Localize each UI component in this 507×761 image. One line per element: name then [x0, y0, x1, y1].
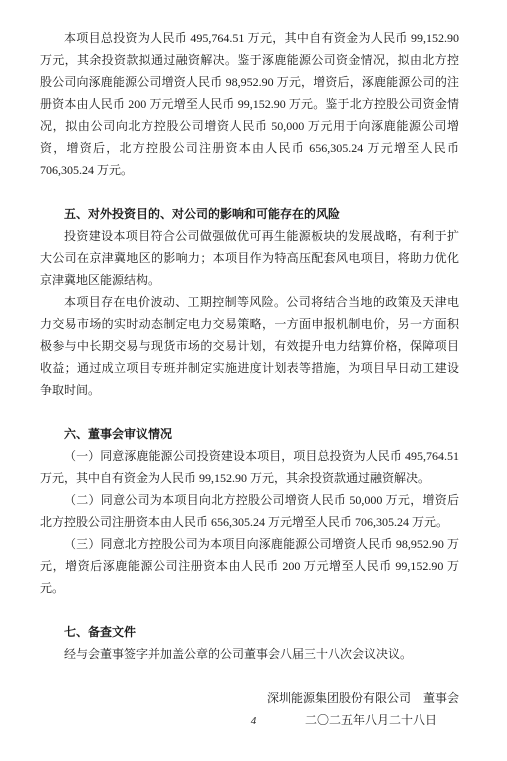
document-page: 本项目总投资为人民币 495,764.51 万元，其中自有资金为人民币 99,1…	[0, 0, 507, 761]
signature-company-name: 深圳能源集团股份有限公司 董事会	[40, 687, 459, 709]
paragraph-investment-purpose: 投资建设本项目符合公司做强做优可再生能源板块的发展战略，有利于扩大公司在京津冀地…	[40, 225, 459, 291]
board-resolution-item-3: （三）同意北方控股公司为本项目向涿鹿能源公司增资人民币 98,952.90 万元…	[40, 533, 459, 599]
section-heading-6: 六、董事会审议情况	[40, 423, 459, 445]
section-heading-7: 七、备查文件	[40, 621, 459, 643]
board-resolution-item-2: （二）同意公司为本项目向北方控股公司增资人民币 50,000 万元，增资后北方控…	[40, 489, 459, 533]
section-heading-5: 五、对外投资目的、对公司的影响和可能存在的风险	[40, 203, 459, 225]
paragraph-risk: 本项目存在电价波动、工期控制等风险。公司将结合当地的政策及天津电力交易市场的实时…	[40, 291, 459, 401]
board-resolution-item-1: （一）同意涿鹿能源公司投资建设本项目，项目总投资为人民币 495,764.51 …	[40, 445, 459, 489]
page-number: 4	[0, 714, 507, 729]
paragraph-reference-document: 经与会董事签字并加盖公章的公司董事会八届三十八次会议决议。	[40, 643, 459, 665]
paragraph-investment-funding: 本项目总投资为人民币 495,764.51 万元，其中自有资金为人民币 99,1…	[40, 27, 459, 181]
